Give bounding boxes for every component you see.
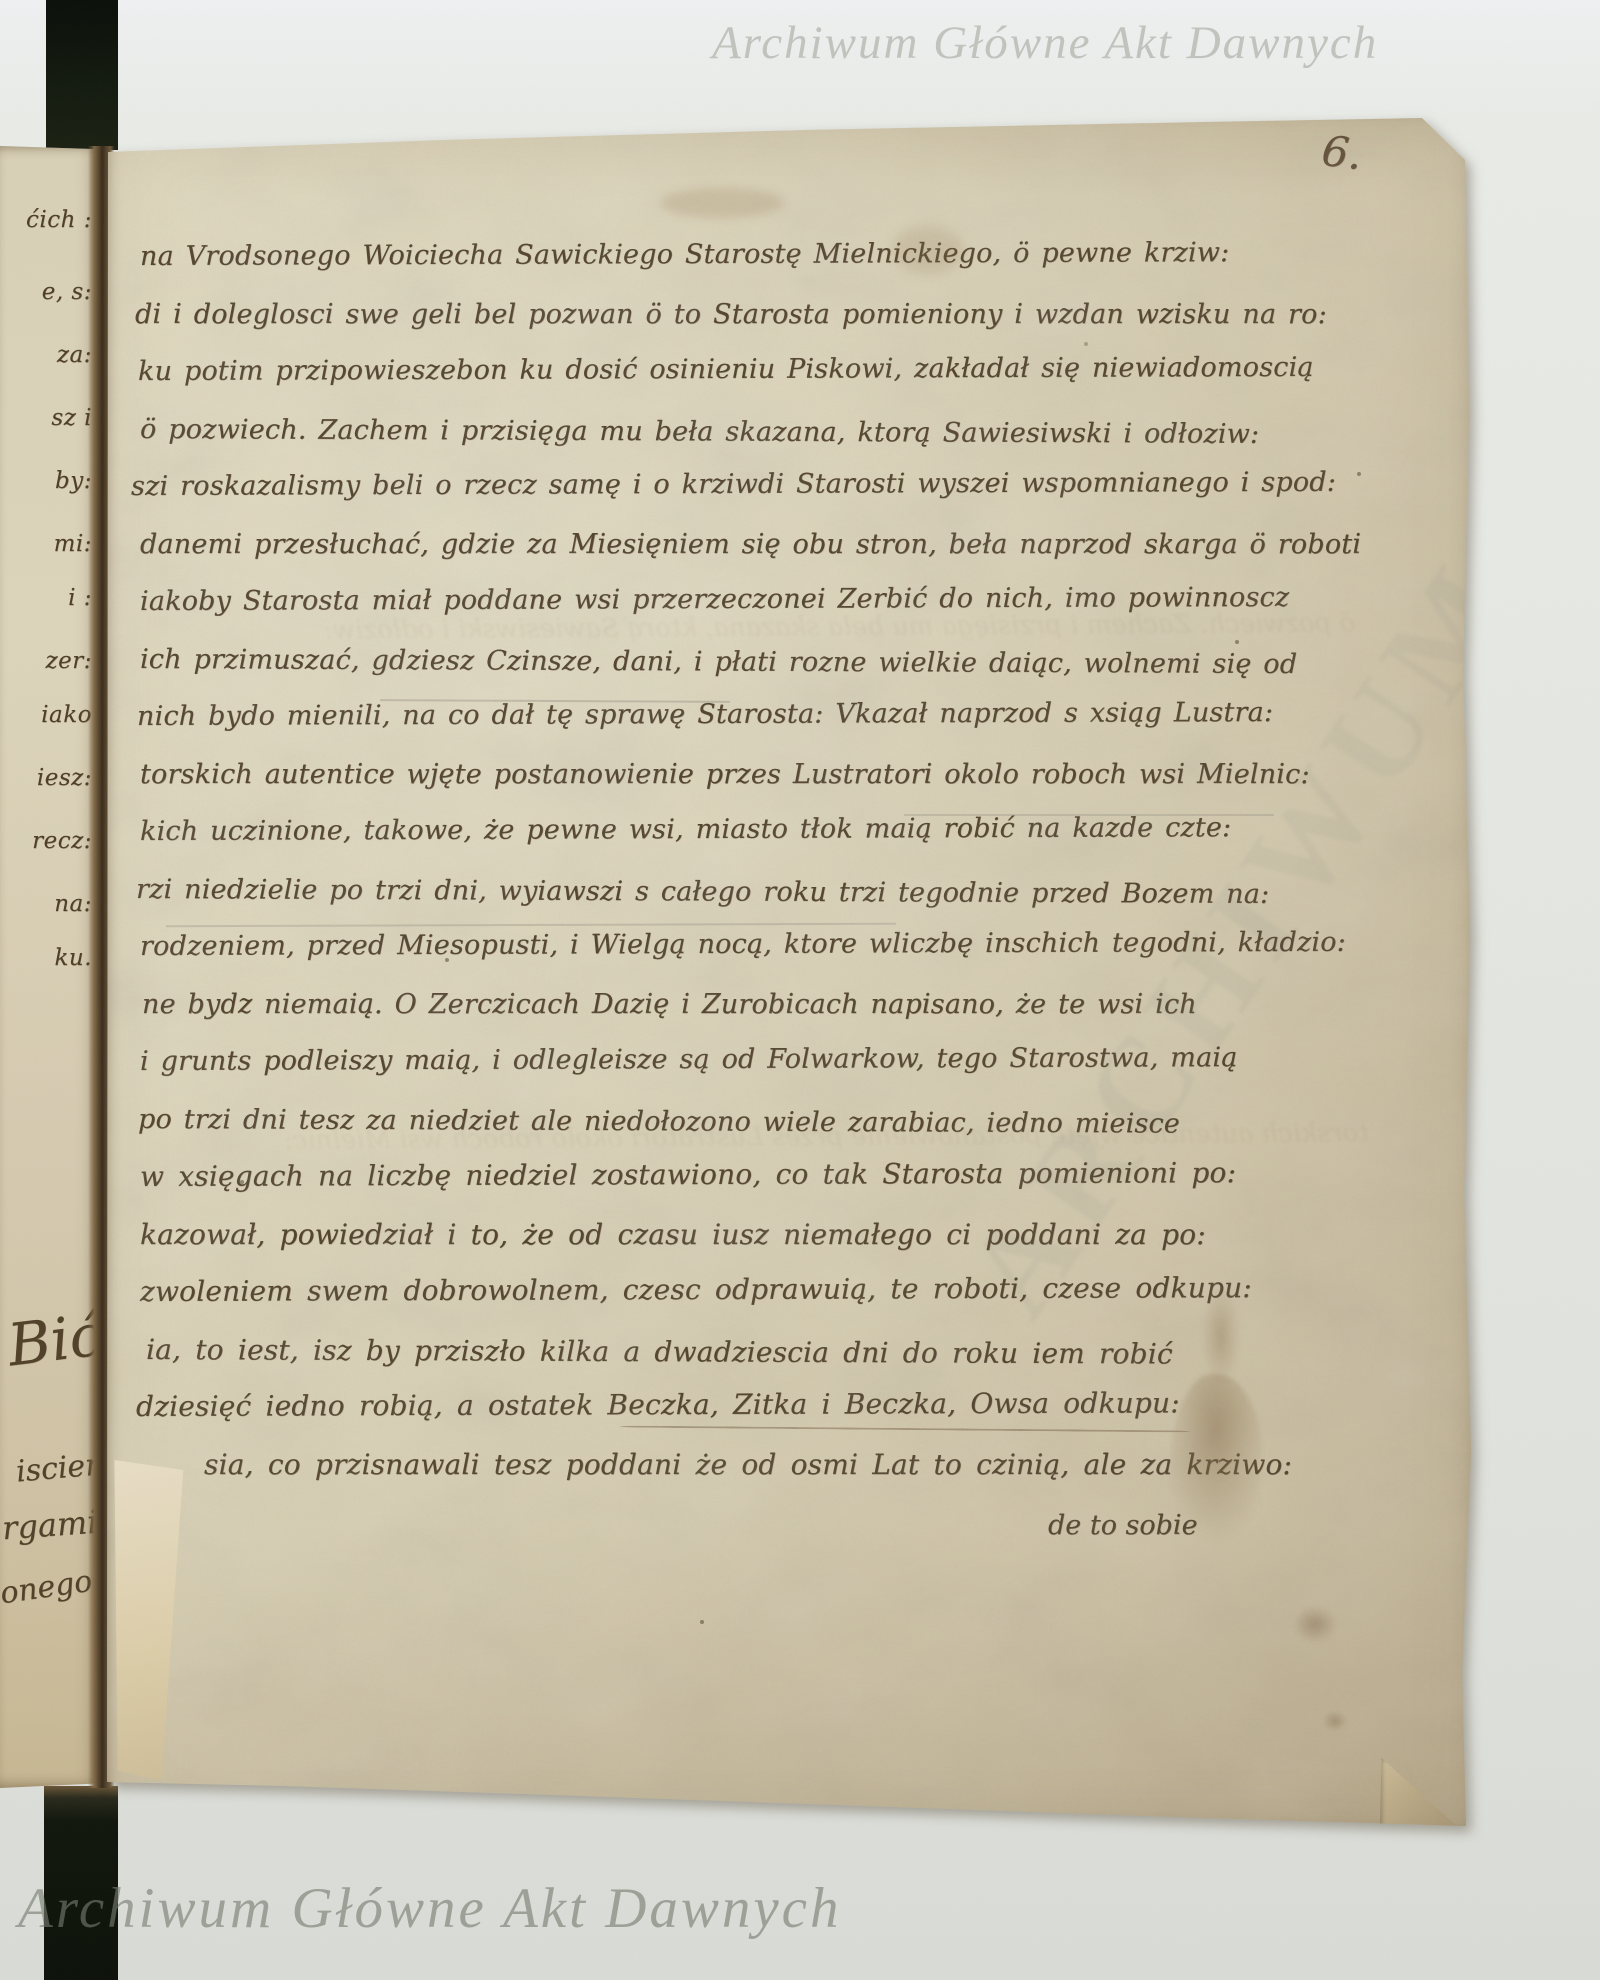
- page-edge-fragment: sz i: [51, 405, 92, 431]
- paper-speck: [1084, 342, 1088, 346]
- manuscript-line: di i doleglosci swe geli bel pozwan ö to…: [135, 286, 1320, 344]
- manuscript-line: kazował, powiedział i to, że od czasu iu…: [140, 1206, 1320, 1264]
- page-edge-fragment: na:: [54, 891, 92, 917]
- manuscript-line: na Vrodsonego Woiciecha Sawickiego Staro…: [140, 224, 1320, 286]
- page-edge-fragment: iako: [41, 702, 92, 728]
- page-edge-fragment: zer:: [46, 648, 92, 674]
- paper-speck: [700, 1620, 704, 1624]
- manuscript-line: i grunts podleiszy maią, i odlegleisze s…: [140, 1029, 1320, 1091]
- manuscript-line: danemi przesłuchać, gdzie za Miesięniem …: [140, 516, 1320, 574]
- page-edge-fragment: by:: [55, 468, 92, 494]
- paper-speck: [1235, 640, 1239, 644]
- page-edge-fragment: za:: [57, 342, 92, 368]
- page-edge-fragment: onego: [0, 1564, 94, 1612]
- page-edge-fragment: rgami: [1, 1503, 99, 1548]
- paper-speck: [445, 958, 449, 962]
- manuscript-line: w xsięgach na liczbę niedziel zostawiono…: [140, 1144, 1320, 1206]
- archive-watermark-bottom: Archiwum Główne Akt Dawnych: [18, 1876, 841, 1941]
- manuscript-line: nich bydo mienili, na co dał tę sprawę S…: [137, 684, 1320, 746]
- page-edge-fragment: ćich :: [26, 207, 92, 233]
- manuscript-page: ARCHIWUM ö pozwiech. Zachem i przisięga …: [104, 112, 1476, 1834]
- paper-speck: [1357, 472, 1361, 476]
- pencil-underline: [904, 814, 1274, 816]
- manuscript-line: zwoleniem swem dobrowolnem, czesc odpraw…: [140, 1259, 1320, 1321]
- manuscript-line: kich uczinione, takowe, że pewne wsi, mi…: [140, 799, 1320, 861]
- manuscript-line: torskich autentice wjęte postanowienie p…: [140, 746, 1320, 804]
- page-edge-fragment: e, s:: [42, 279, 92, 305]
- page-edge-fragment: mi:: [54, 531, 92, 557]
- page-edge-fragment: iesz:: [37, 765, 92, 791]
- manuscript-line: ku potim przipowieszebon ku dosić osinie…: [138, 339, 1320, 401]
- catchword: de to sobie: [1048, 1510, 1198, 1541]
- page-edge-fragment: ku.: [54, 945, 92, 971]
- archive-watermark-top: Archiwum Główne Akt Dawnych: [712, 16, 1378, 70]
- page-edge-fragment: recz:: [32, 828, 92, 854]
- manuscript-line: sia, co przisnawali tesz poddani że od o…: [204, 1436, 1320, 1494]
- manuscript-line: iakoby Starosta miał poddane wsi przerze…: [140, 569, 1320, 631]
- paper-speck: [240, 1180, 244, 1184]
- archival-scan: ćich : e, s: za: sz i by: mi: i : zer: i…: [0, 0, 1600, 1980]
- manuscript-text-block: na Vrodsonego Woiciecha Sawickiego Staro…: [140, 228, 1320, 1493]
- manuscript-line: ne bydz niemaią. O Zerczicach Dazię i Zu…: [142, 976, 1320, 1034]
- manuscript-page-wrap: ARCHIWUM ö pozwiech. Zachem i przisięga …: [104, 112, 1476, 1834]
- manuscript-line: szi roskazalismy beli o rzecz samę i o k…: [131, 454, 1320, 516]
- folio-number: 6.: [1319, 126, 1365, 180]
